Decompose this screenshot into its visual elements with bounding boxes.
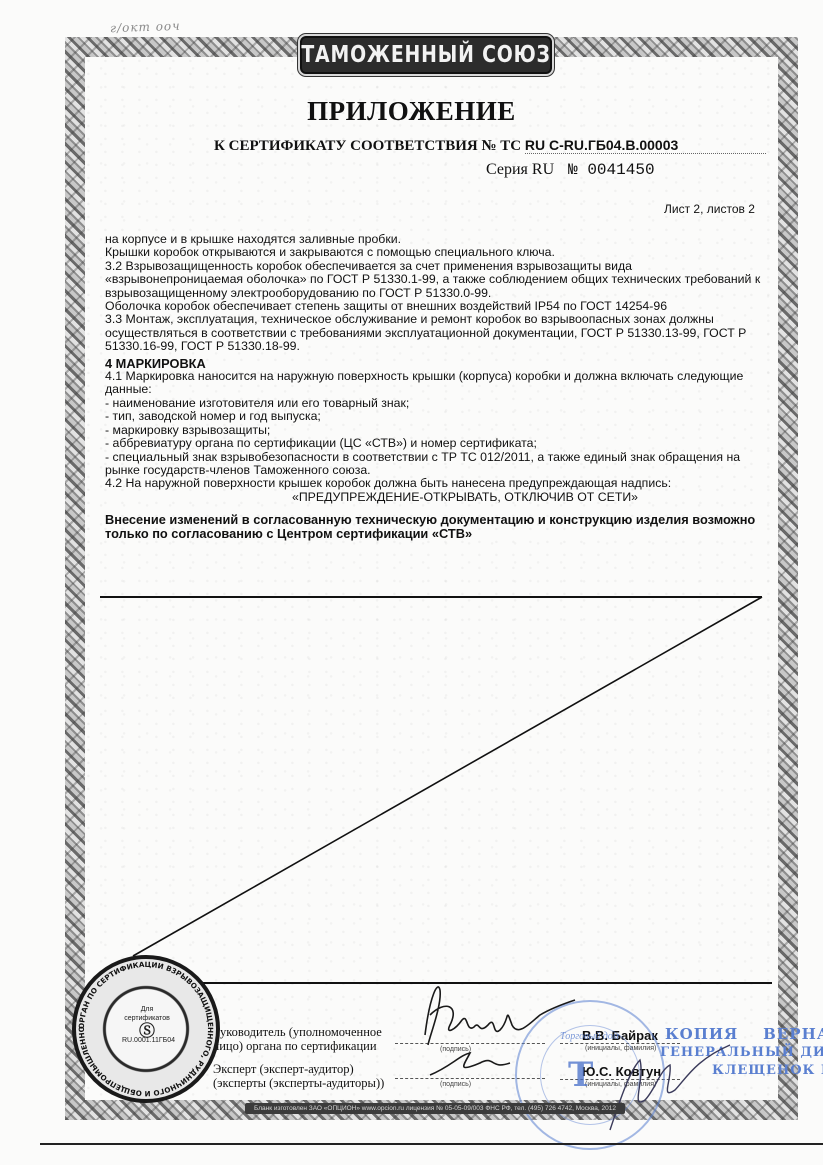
expert-label: Эксперт (эксперт-аудитор) (эксперты (экс…: [213, 1062, 384, 1090]
printer-note: Бланк изготовлен ЗАО «ОПЦИОН» www.opcion…: [245, 1103, 625, 1114]
bottom-rule: [40, 1143, 823, 1145]
expert-label-line: Эксперт (эксперт-аудитор): [213, 1062, 384, 1076]
head-label-line: Руководитель (уполномоченное: [213, 1025, 382, 1039]
seal-reg: RU.0001.11ГБ04: [122, 1036, 172, 1045]
seal-emblem-icon: Ⓢ: [122, 1027, 172, 1036]
head-label: Руководитель (уполномоченное лицо) орган…: [213, 1025, 382, 1053]
head-label-line: лицо) органа по сертификации: [213, 1039, 382, 1053]
expert-label-line: (эксперты (эксперты-аудиторы)): [213, 1076, 384, 1090]
seal-center-text: Для сертификатов: [122, 1005, 172, 1023]
director-signature: [600, 1030, 740, 1140]
true-word: ВЕРНА: [763, 1025, 823, 1043]
seal-center: Для сертификатов Ⓢ RU.0001.11ГБ04: [122, 1005, 172, 1045]
